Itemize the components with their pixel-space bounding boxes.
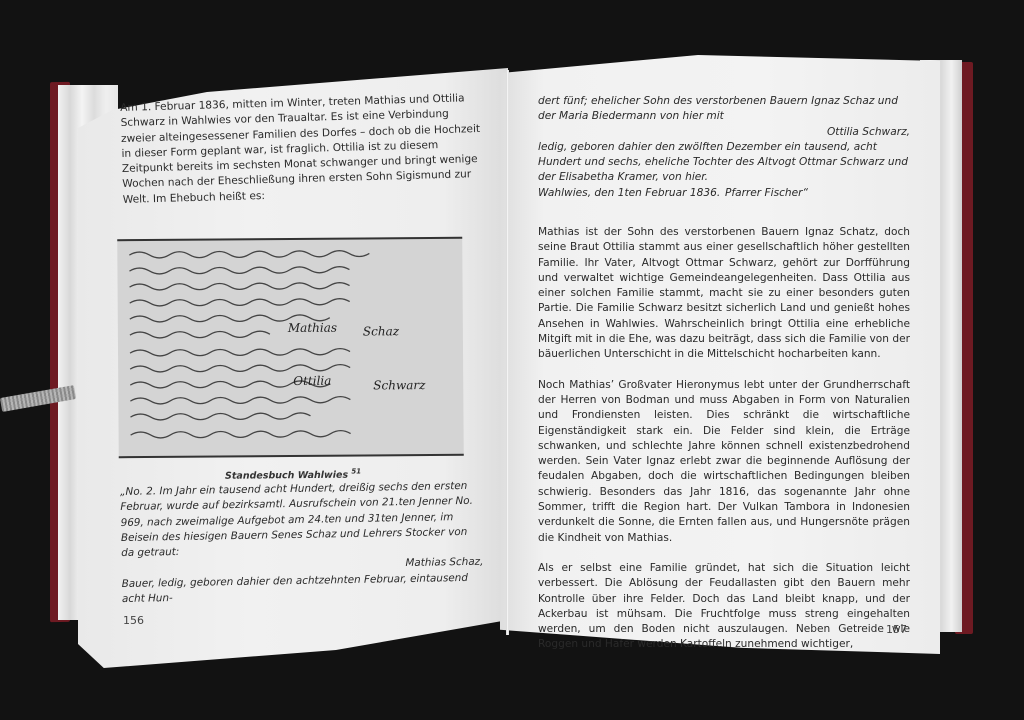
svg-text:Schwarz: Schwarz [373, 378, 426, 392]
handwriting-image: Mathias Schaz Ottilia Schwarz [117, 239, 463, 456]
groom-parents: dert fünf; ehelicher Sohn des verstorben… [538, 94, 910, 125]
paragraph: Noch Mathias’ Großvater Hieronymus lebt … [538, 378, 910, 546]
svg-text:Schaz: Schaz [363, 324, 400, 338]
footnote-ref: 51 [351, 467, 361, 475]
left-register-quote: „No. 2. Im Jahr ein tausend acht Hundert… [120, 479, 484, 608]
book-photo: Am 1. Februar 1836, mitten im Winter, tr… [0, 0, 1024, 720]
right-body-text: Mathias ist der Sohn des verstorbenen Ba… [538, 225, 910, 668]
paragraph: Als er selbst eine Familie gründet, hat … [538, 561, 910, 653]
signature-line: Wahlwies, den 1ten Februar 1836. Pfarrer… [538, 186, 808, 201]
page-number-left: 156 [123, 614, 144, 627]
figure-caption: Standesbuch Wahlwies 51 [225, 467, 361, 481]
place-date: Wahlwies, den 1ten Februar 1836. [538, 186, 720, 201]
intro-text: Am 1. Februar 1836, mitten im Winter, tr… [120, 91, 483, 208]
caption-text: Standesbuch Wahlwies [225, 470, 348, 482]
svg-text:Mathias: Mathias [287, 321, 337, 335]
groom-details: Bauer, ledig, geboren dahier den achtzeh… [122, 570, 484, 607]
bride-details: ledig, geboren dahier den zwölften Dezem… [538, 140, 910, 186]
svg-text:Ottilia: Ottilia [293, 374, 331, 388]
left-intro-paragraph: Am 1. Februar 1836, mitten im Winter, tr… [120, 91, 483, 208]
page-number-right: 157 [886, 623, 907, 636]
bride-name: Ottilia Schwarz, [538, 125, 910, 140]
right-register-quote: dert fünf; ehelicher Sohn des verstorben… [538, 94, 910, 201]
quote-text: „No. 2. Im Jahr ein tausend acht Hundert… [120, 479, 483, 562]
book-gutter [506, 70, 509, 635]
priest-signature: Pfarrer Fischer“ [725, 186, 808, 201]
paragraph: Mathias ist der Sohn des verstorbenen Ba… [538, 225, 910, 363]
marriage-register-facsimile: Mathias Schaz Ottilia Schwarz [117, 237, 464, 458]
